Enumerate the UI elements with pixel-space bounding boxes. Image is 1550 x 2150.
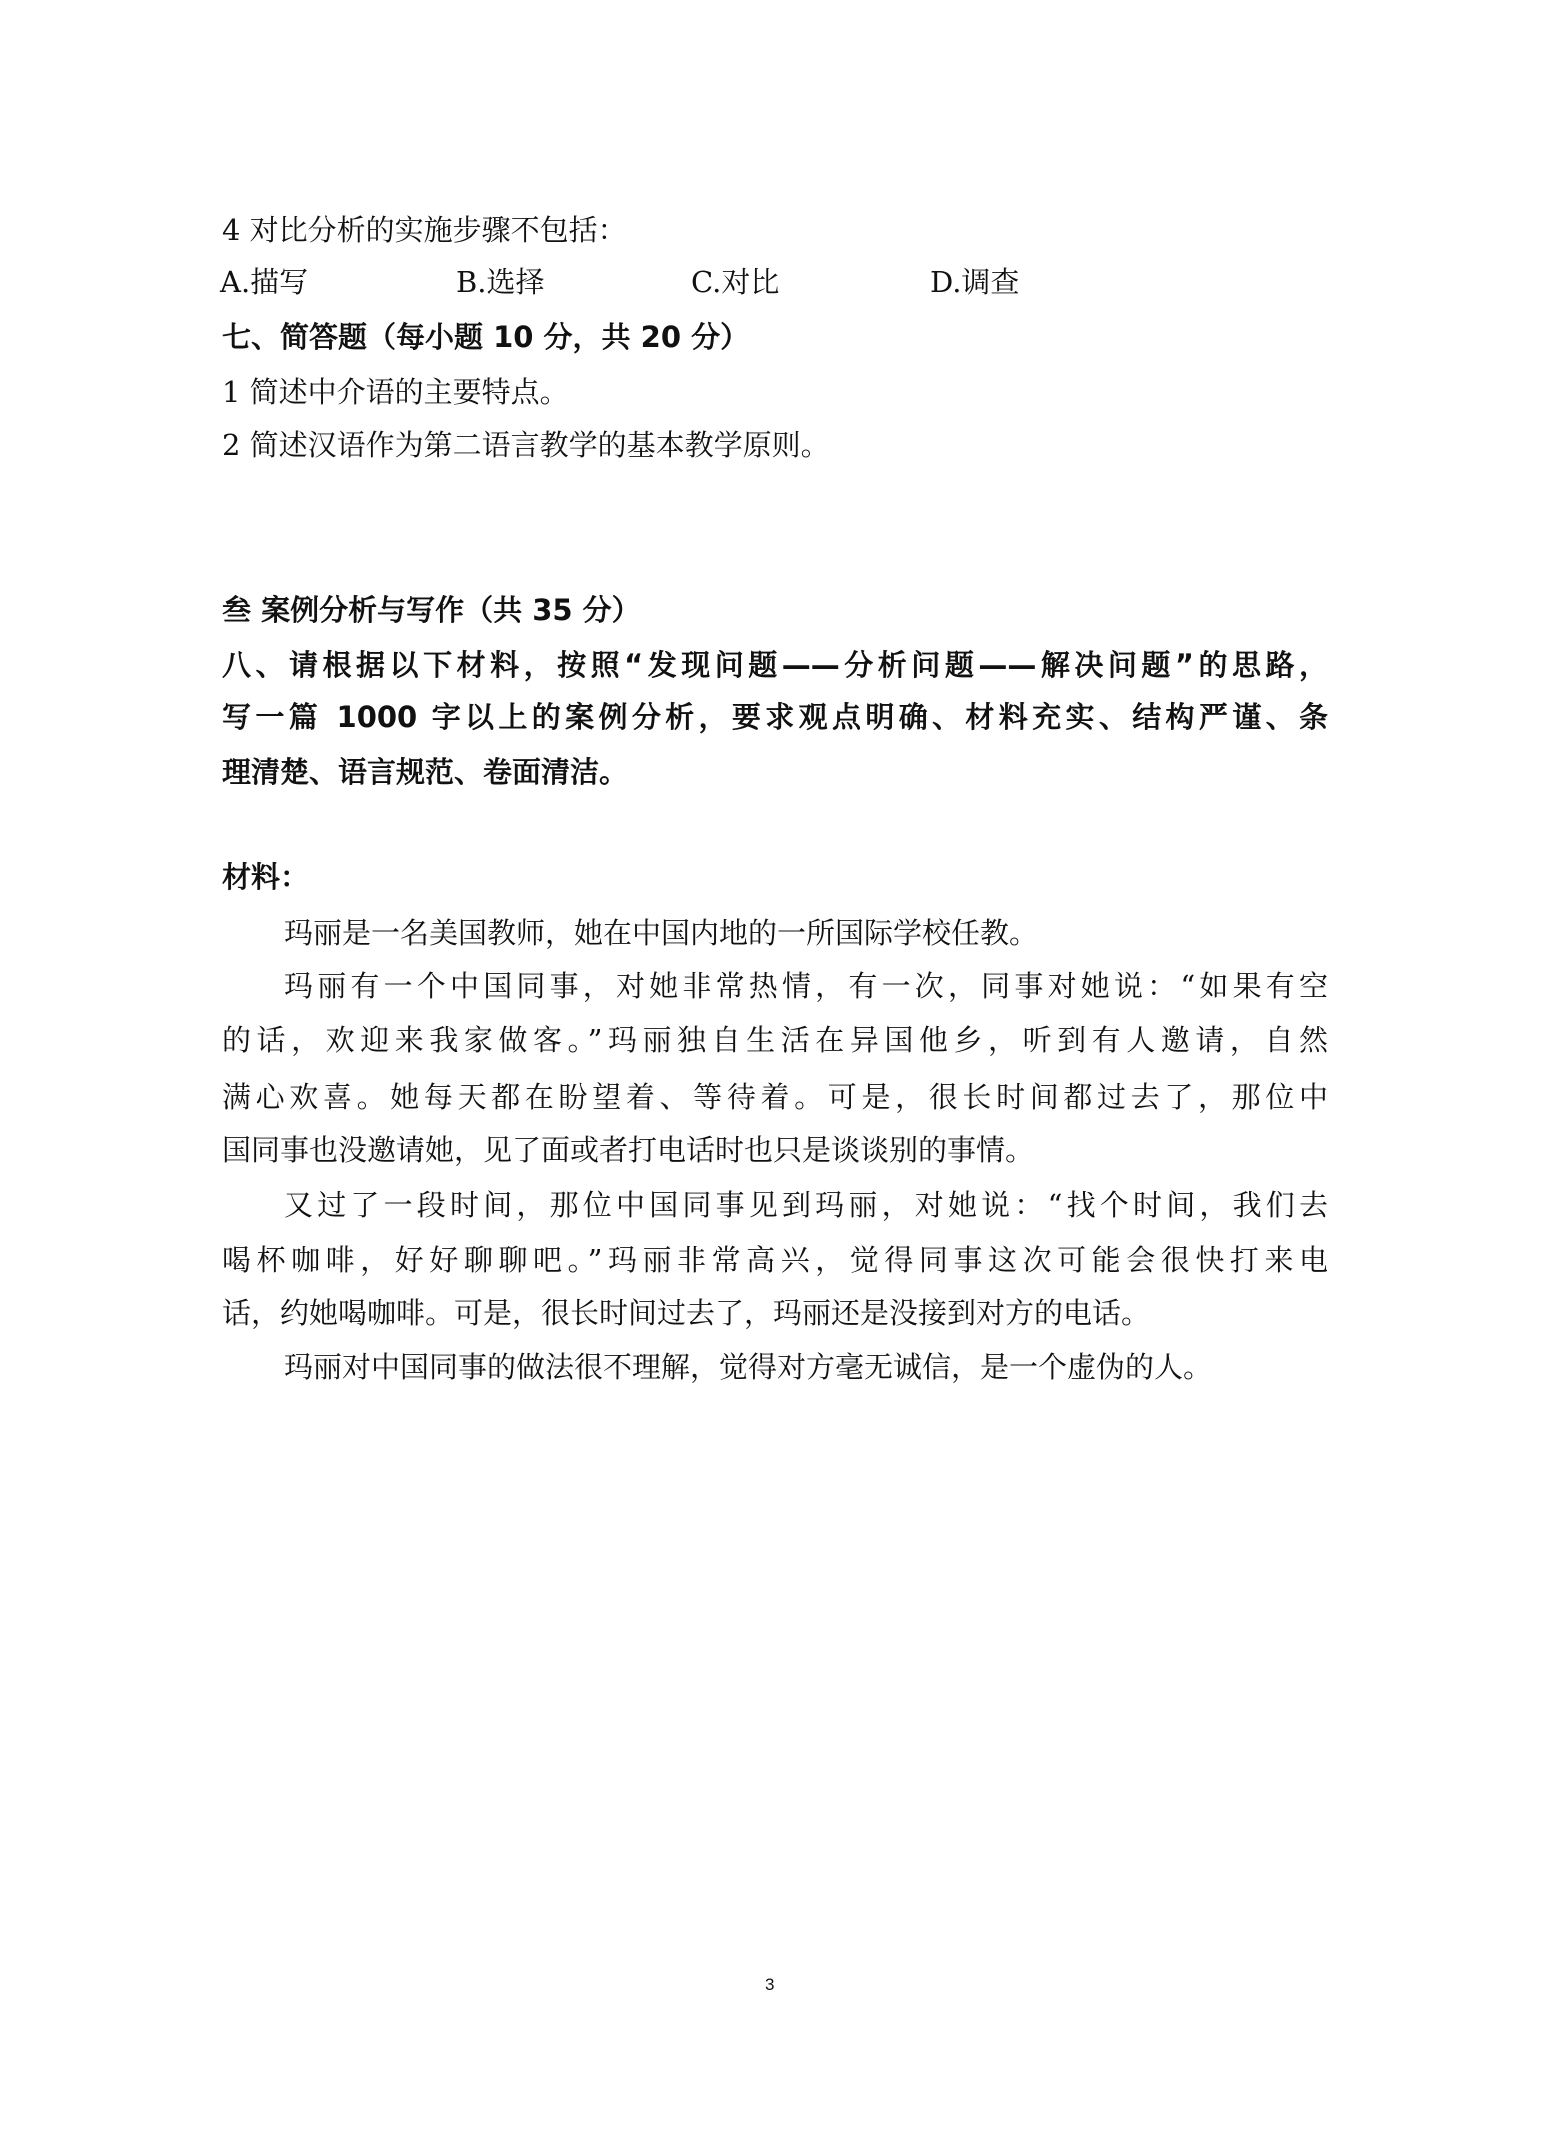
page-number: 3 (765, 1975, 774, 1995)
instruction-line-1: 八、请根据以下材料，按照“发现问题——分析问题——解决问题”的思路， (222, 647, 1328, 683)
part-3-heading: 叁 案例分析与写作（共 35 分） (222, 592, 1328, 628)
material-line-4: 满心欢喜。她每天都在盼望着、等待着。可是，很长时间都过去了，那位中 (222, 1079, 1328, 1115)
material-line-8: 话，约她喝咖啡。可是，很长时间过去了，玛丽还是没接到对方的电话。 (222, 1295, 1328, 1331)
section-7-heading: 七、简答题（每小题 10 分，共 20 分） (222, 319, 1328, 355)
instruction-line-2: 写一篇 1000 字以上的案例分析，要求观点明确、材料充实、结构严谨、条 (222, 699, 1328, 735)
material-line-7: 喝杯咖啡，好好聊聊吧。”玛丽非常高兴，觉得同事这次可能会很快打来电 (222, 1242, 1328, 1278)
material-line-5: 国同事也没邀请她，见了面或者打电话时也只是谈谈别的事情。 (222, 1132, 1328, 1168)
material-line-1: 玛丽是一名美国教师，她在中国内地的一所国际学校任教。 (222, 915, 1328, 951)
material-line-3: 的话，欢迎来我家做客。”玛丽独自生活在异国他乡，听到有人邀请，自然 (222, 1022, 1328, 1058)
instruction-line-3: 理清楚、语言规范、卷面清洁。 (222, 754, 1328, 790)
short-answer-question-1: 1 简述中介语的主要特点。 (222, 374, 1328, 410)
material-line-9: 玛丽对中国同事的做法很不理解，觉得对方毫无诚信，是一个虚伪的人。 (222, 1349, 1328, 1385)
short-answer-question-2: 2 简述汉语作为第二语言教学的基本教学原则。 (222, 427, 1328, 463)
option-d: D.调查 (930, 264, 1019, 300)
material-line-2: 玛丽有一个中国同事，对她非常热情，有一次，同事对她说：“如果有空 (222, 968, 1328, 1004)
option-c: C.对比 (691, 264, 779, 300)
option-b: B.选择 (456, 264, 545, 300)
option-a: A.描写 (220, 264, 308, 300)
question-4-stem: 4 对比分析的实施步骤不包括： (222, 212, 1328, 248)
material-label: 材料： (222, 859, 1328, 895)
material-line-6: 又过了一段时间，那位中国同事见到玛丽，对她说：“找个时间，我们去 (222, 1187, 1328, 1223)
